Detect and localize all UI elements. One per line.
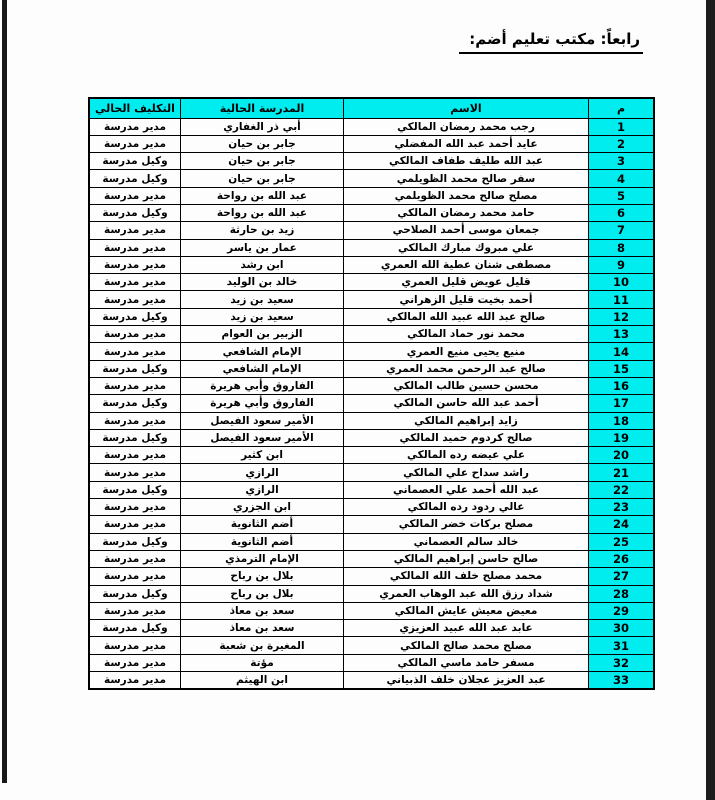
- table-row: 11 أحمد بخيت قليل الزهراني سعيد بن زيد م…: [89, 291, 654, 308]
- table-body: 1 رجب محمد رمضان المالكي أبي ذر الغفاري …: [89, 118, 654, 689]
- school-cell: الإمام الشافعي: [181, 360, 344, 377]
- name-cell: منيع يحيى منيع العمري: [344, 343, 589, 360]
- row-number-cell: 2: [589, 135, 655, 152]
- assignment-cell: مدير مدرسة: [89, 499, 181, 516]
- table-row: 14 منيع يحيى منيع العمري الإمام الشافعي …: [89, 343, 654, 360]
- name-cell: صالح حاسن إبراهيم المالكي: [344, 550, 589, 567]
- school-cell: جابر بن حيان: [181, 153, 344, 170]
- table-header-row: م الاسم المدرسة الحالية التكليف الحالي: [89, 98, 654, 118]
- row-number-cell: 20: [589, 447, 655, 464]
- school-cell: سعد بن معاذ: [181, 620, 344, 637]
- school-cell: عمار بن ياسر: [181, 239, 344, 256]
- assignment-cell: مدير مدرسة: [89, 274, 181, 291]
- table-row: 16 محسن حسين طالب المالكي الفاروق وأبي ه…: [89, 377, 654, 394]
- assignment-cell: مدير مدرسة: [89, 343, 181, 360]
- row-number-cell: 28: [589, 585, 655, 602]
- row-number-cell: 16: [589, 377, 655, 394]
- assignment-cell: مدير مدرسة: [89, 118, 181, 135]
- name-cell: أحمد بخيت قليل الزهراني: [344, 291, 589, 308]
- name-cell: حامد محمد رمضان المالكي: [344, 204, 589, 221]
- school-cell: الإمام الشافعي: [181, 343, 344, 360]
- school-cell: الرازي: [181, 481, 344, 498]
- row-number-cell: 29: [589, 602, 655, 619]
- row-number-cell: 14: [589, 343, 655, 360]
- school-cell: زيد بن حارثة: [181, 222, 344, 239]
- row-number-cell: 27: [589, 568, 655, 585]
- school-cell: الفاروق وأبي هريرة: [181, 377, 344, 394]
- table-row: 13 محمد نور حماد المالكي الزبير بن العوا…: [89, 326, 654, 343]
- row-number-cell: 19: [589, 429, 655, 446]
- name-cell: عبد الله طليف طفاف المالكي: [344, 153, 589, 170]
- school-cell: جابر بن حيان: [181, 135, 344, 152]
- assignment-cell: مدير مدرسة: [89, 291, 181, 308]
- row-number-cell: 17: [589, 395, 655, 412]
- assignment-cell: مدير مدرسة: [89, 222, 181, 239]
- table-row: 17 أحمد عبد الله حاسن المالكي الفاروق وأ…: [89, 395, 654, 412]
- school-cell: سعد بن معاذ: [181, 602, 344, 619]
- assignment-cell: مدير مدرسة: [89, 377, 181, 394]
- row-number-cell: 4: [589, 170, 655, 187]
- school-cell: ابن كثير: [181, 447, 344, 464]
- name-cell: عابد عبد الله عبيد العزيزي: [344, 620, 589, 637]
- assignment-cell: مدير مدرسة: [89, 568, 181, 585]
- school-cell: الزبير بن العوام: [181, 326, 344, 343]
- name-cell: محمد نور حماد المالكي: [344, 326, 589, 343]
- assignment-cell: مدير مدرسة: [89, 602, 181, 619]
- table-row: 7 جمعان موسى أحمد الصلاحي زيد بن حارثة م…: [89, 222, 654, 239]
- table-row: 4 سفر صالح محمد الظويلمي جابر بن حيان وك…: [89, 170, 654, 187]
- staff-roster-table: م الاسم المدرسة الحالية التكليف الحالي 1…: [88, 97, 655, 690]
- school-cell: الفاروق وأبي هريرة: [181, 395, 344, 412]
- header-current-school: المدرسة الحالية: [181, 98, 344, 118]
- assignment-cell: وكيل مدرسة: [89, 429, 181, 446]
- table-row: 20 علي عيضه رده المالكي ابن كثير مدير مد…: [89, 447, 654, 464]
- scan-edge-right: [706, 0, 715, 800]
- row-number-cell: 33: [589, 672, 655, 689]
- row-number-cell: 13: [589, 326, 655, 343]
- table-row: 15 صالح عبد الرحمن محمد العمري الإمام ال…: [89, 360, 654, 377]
- assignment-cell: وكيل مدرسة: [89, 533, 181, 550]
- school-cell: جابر بن حيان: [181, 170, 344, 187]
- table-row: 27 محمد مصلح خلف الله المالكي بلال بن رب…: [89, 568, 654, 585]
- name-cell: أحمد عبد الله حاسن المالكي: [344, 395, 589, 412]
- assignment-cell: مدير مدرسة: [89, 256, 181, 273]
- name-cell: راشد سداح علي المالكي: [344, 464, 589, 481]
- school-cell: الإمام الترمذي: [181, 550, 344, 567]
- name-cell: رجب محمد رمضان المالكي: [344, 118, 589, 135]
- assignment-cell: وكيل مدرسة: [89, 620, 181, 637]
- row-number-cell: 26: [589, 550, 655, 567]
- assignment-cell: وكيل مدرسة: [89, 481, 181, 498]
- row-number-cell: 9: [589, 256, 655, 273]
- name-cell: عالي ردود رده المالكي: [344, 499, 589, 516]
- name-cell: خالد سالم العصماني: [344, 533, 589, 550]
- assignment-cell: وكيل مدرسة: [89, 308, 181, 325]
- name-cell: عبد العزيز عجلان خلف الذبياني: [344, 672, 589, 689]
- row-number-cell: 18: [589, 412, 655, 429]
- page-title: رابعاً: مكتب تعليم أضم:: [459, 30, 643, 54]
- name-cell: شداد رزق الله عبد الوهاب العمري: [344, 585, 589, 602]
- name-cell: عايد أحمد عبد الله المفضلي: [344, 135, 589, 152]
- assignment-cell: مدير مدرسة: [89, 239, 181, 256]
- row-number-cell: 11: [589, 291, 655, 308]
- table-row: 33 عبد العزيز عجلان خلف الذبياني ابن اله…: [89, 672, 654, 689]
- table-header: م الاسم المدرسة الحالية التكليف الحالي: [89, 98, 654, 118]
- assignment-cell: مدير مدرسة: [89, 135, 181, 152]
- name-cell: عبد الله أحمد علي العصماني: [344, 481, 589, 498]
- row-number-cell: 25: [589, 533, 655, 550]
- school-cell: مؤتة: [181, 654, 344, 671]
- name-cell: سفر صالح محمد الظويلمي: [344, 170, 589, 187]
- scan-edge-left: [2, 0, 7, 783]
- table-row: 26 صالح حاسن إبراهيم المالكي الإمام التر…: [89, 550, 654, 567]
- row-number-cell: 8: [589, 239, 655, 256]
- name-cell: قليل عويض قليل العمري: [344, 274, 589, 291]
- table-row: 30 عابد عبد الله عبيد العزيزي سعد بن معا…: [89, 620, 654, 637]
- table-row: 2 عايد أحمد عبد الله المفضلي جابر بن حيا…: [89, 135, 654, 152]
- row-number-cell: 12: [589, 308, 655, 325]
- row-number-cell: 3: [589, 153, 655, 170]
- assignment-cell: وكيل مدرسة: [89, 585, 181, 602]
- school-cell: المغيرة بن شعبة: [181, 637, 344, 654]
- assignment-cell: وكيل مدرسة: [89, 360, 181, 377]
- school-cell: الأمير سعود الفيصل: [181, 412, 344, 429]
- name-cell: محسن حسين طالب المالكي: [344, 377, 589, 394]
- row-number-cell: 5: [589, 187, 655, 204]
- assignment-cell: مدير مدرسة: [89, 464, 181, 481]
- name-cell: مصلح محمد صالح المالكي: [344, 637, 589, 654]
- assignment-cell: مدير مدرسة: [89, 326, 181, 343]
- table-row: 29 معيض معيش عايش المالكي سعد بن معاذ مد…: [89, 602, 654, 619]
- school-cell: عبد الله بن رواحة: [181, 204, 344, 221]
- row-number-cell: 30: [589, 620, 655, 637]
- table-row: 3 عبد الله طليف طفاف المالكي جابر بن حيا…: [89, 153, 654, 170]
- row-number-cell: 31: [589, 637, 655, 654]
- assignment-cell: مدير مدرسة: [89, 654, 181, 671]
- name-cell: مصلح صالح محمد الظويلمي: [344, 187, 589, 204]
- table-row: 18 زايد إبراهيم المالكي الأمير سعود الفي…: [89, 412, 654, 429]
- name-cell: محمد مصلح خلف الله المالكي: [344, 568, 589, 585]
- school-cell: الرازي: [181, 464, 344, 481]
- row-number-cell: 10: [589, 274, 655, 291]
- school-cell: سعيد بن زيد: [181, 291, 344, 308]
- school-cell: سعيد بن زيد: [181, 308, 344, 325]
- name-cell: علي مبروك مبارك المالكي: [344, 239, 589, 256]
- school-cell: الأمير سعود الفيصل: [181, 429, 344, 446]
- school-cell: ابن رشد: [181, 256, 344, 273]
- assignment-cell: مدير مدرسة: [89, 637, 181, 654]
- name-cell: صالح عبد الله عبيد الله المالكي: [344, 308, 589, 325]
- table-row: 6 حامد محمد رمضان المالكي عبد الله بن رو…: [89, 204, 654, 221]
- row-number-cell: 6: [589, 204, 655, 221]
- school-cell: أبي ذر الغفاري: [181, 118, 344, 135]
- school-cell: ابن الجزري: [181, 499, 344, 516]
- row-number-cell: 15: [589, 360, 655, 377]
- row-number-cell: 32: [589, 654, 655, 671]
- assignment-cell: مدير مدرسة: [89, 187, 181, 204]
- name-cell: معيض معيش عايش المالكي: [344, 602, 589, 619]
- header-name: الاسم: [344, 98, 589, 118]
- table-row: 1 رجب محمد رمضان المالكي أبي ذر الغفاري …: [89, 118, 654, 135]
- assignment-cell: وكيل مدرسة: [89, 395, 181, 412]
- table-row: 10 قليل عويض قليل العمري خالد بن الوليد …: [89, 274, 654, 291]
- school-cell: أضم الثانوية: [181, 516, 344, 533]
- table-row: 19 صالح كردوم حميد المالكي الأمير سعود ا…: [89, 429, 654, 446]
- header-current-assignment: التكليف الحالي: [89, 98, 181, 118]
- name-cell: علي عيضه رده المالكي: [344, 447, 589, 464]
- school-cell: بلال بن رباح: [181, 568, 344, 585]
- name-cell: صالح عبد الرحمن محمد العمري: [344, 360, 589, 377]
- row-number-cell: 22: [589, 481, 655, 498]
- name-cell: صالح كردوم حميد المالكي: [344, 429, 589, 446]
- table-row: 21 راشد سداح علي المالكي الرازي مدير مدر…: [89, 464, 654, 481]
- school-cell: أضم الثانوية: [181, 533, 344, 550]
- name-cell: مسفر حامد ماسي المالكي: [344, 654, 589, 671]
- school-cell: عبد الله بن رواحة: [181, 187, 344, 204]
- assignment-cell: وكيل مدرسة: [89, 204, 181, 221]
- table-row: 24 مصلح بركات خضر المالكي أضم الثانوية م…: [89, 516, 654, 533]
- school-cell: ابن الهيثم: [181, 672, 344, 689]
- row-number-cell: 7: [589, 222, 655, 239]
- assignment-cell: مدير مدرسة: [89, 412, 181, 429]
- name-cell: مصطفى شنان عطية الله العمري: [344, 256, 589, 273]
- assignment-cell: مدير مدرسة: [89, 516, 181, 533]
- assignment-cell: مدير مدرسة: [89, 447, 181, 464]
- table-row: 23 عالي ردود رده المالكي ابن الجزري مدير…: [89, 499, 654, 516]
- row-number-cell: 1: [589, 118, 655, 135]
- table-row: 9 مصطفى شنان عطية الله العمري ابن رشد مد…: [89, 256, 654, 273]
- name-cell: مصلح بركات خضر المالكي: [344, 516, 589, 533]
- table-row: 8 علي مبروك مبارك المالكي عمار بن ياسر م…: [89, 239, 654, 256]
- table-row: 5 مصلح صالح محمد الظويلمي عبد الله بن رو…: [89, 187, 654, 204]
- school-cell: بلال بن رباح: [181, 585, 344, 602]
- table-row: 22 عبد الله أحمد علي العصماني الرازي وكي…: [89, 481, 654, 498]
- table-row: 31 مصلح محمد صالح المالكي المغيرة بن شعب…: [89, 637, 654, 654]
- assignment-cell: مدير مدرسة: [89, 672, 181, 689]
- assignment-cell: مدير مدرسة: [89, 550, 181, 567]
- name-cell: جمعان موسى أحمد الصلاحي: [344, 222, 589, 239]
- table-row: 25 خالد سالم العصماني أضم الثانوية وكيل …: [89, 533, 654, 550]
- row-number-cell: 23: [589, 499, 655, 516]
- row-number-cell: 24: [589, 516, 655, 533]
- header-number: م: [589, 98, 655, 118]
- assignment-cell: وكيل مدرسة: [89, 170, 181, 187]
- table-row: 32 مسفر حامد ماسي المالكي مؤتة مدير مدرس…: [89, 654, 654, 671]
- row-number-cell: 21: [589, 464, 655, 481]
- name-cell: زايد إبراهيم المالكي: [344, 412, 589, 429]
- scanned-document-page: رابعاً: مكتب تعليم أضم: م الاسم المدرسة …: [0, 0, 715, 800]
- school-cell: خالد بن الوليد: [181, 274, 344, 291]
- table-row: 12 صالح عبد الله عبيد الله المالكي سعيد …: [89, 308, 654, 325]
- assignment-cell: وكيل مدرسة: [89, 153, 181, 170]
- table-row: 28 شداد رزق الله عبد الوهاب العمري بلال …: [89, 585, 654, 602]
